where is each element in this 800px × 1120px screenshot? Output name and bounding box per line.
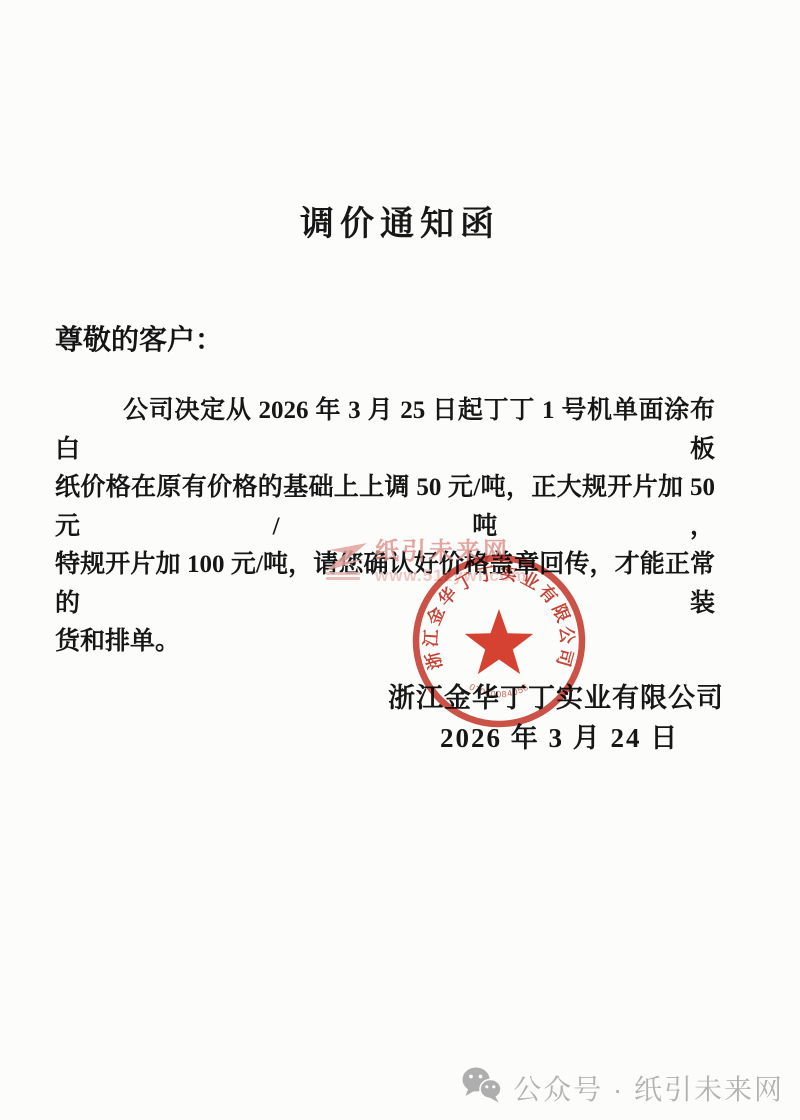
- salutation: 尊敬的客户：: [55, 318, 223, 358]
- body-line: 公司决定从 2026 年 3 月 25 日起丁丁 1 号机单面涂布白板: [55, 392, 715, 469]
- footer-account-label: 公众号 · 纸引未来网: [513, 1068, 784, 1108]
- signature-date: 2026 年 3 月 24 日: [440, 716, 679, 755]
- wechat-icon: [461, 1066, 503, 1109]
- body-paragraph: 公司决定从 2026 年 3 月 25 日起丁丁 1 号机单面涂布白板 纸价格在…: [55, 392, 715, 662]
- document-title: 调价通知函: [0, 196, 800, 245]
- body-line: 货和排单。: [55, 623, 715, 662]
- body-line: 特规开片加 100 元/吨，请您确认好价格盖章回传，才能正常的装: [55, 546, 715, 623]
- signature-company-name: 浙江金华丁丁实业有限公司: [388, 676, 724, 715]
- footer-bar: 公众号 · 纸引未来网: [461, 1066, 784, 1109]
- body-line: 纸价格在原有价格的基础上上调 50 元/吨，正大规开片加 50 元/吨，: [55, 469, 715, 546]
- scanned-notice-page: 调价通知函 尊敬的客户： 公司决定从 2026 年 3 月 25 日起丁丁 1 …: [0, 0, 800, 1120]
